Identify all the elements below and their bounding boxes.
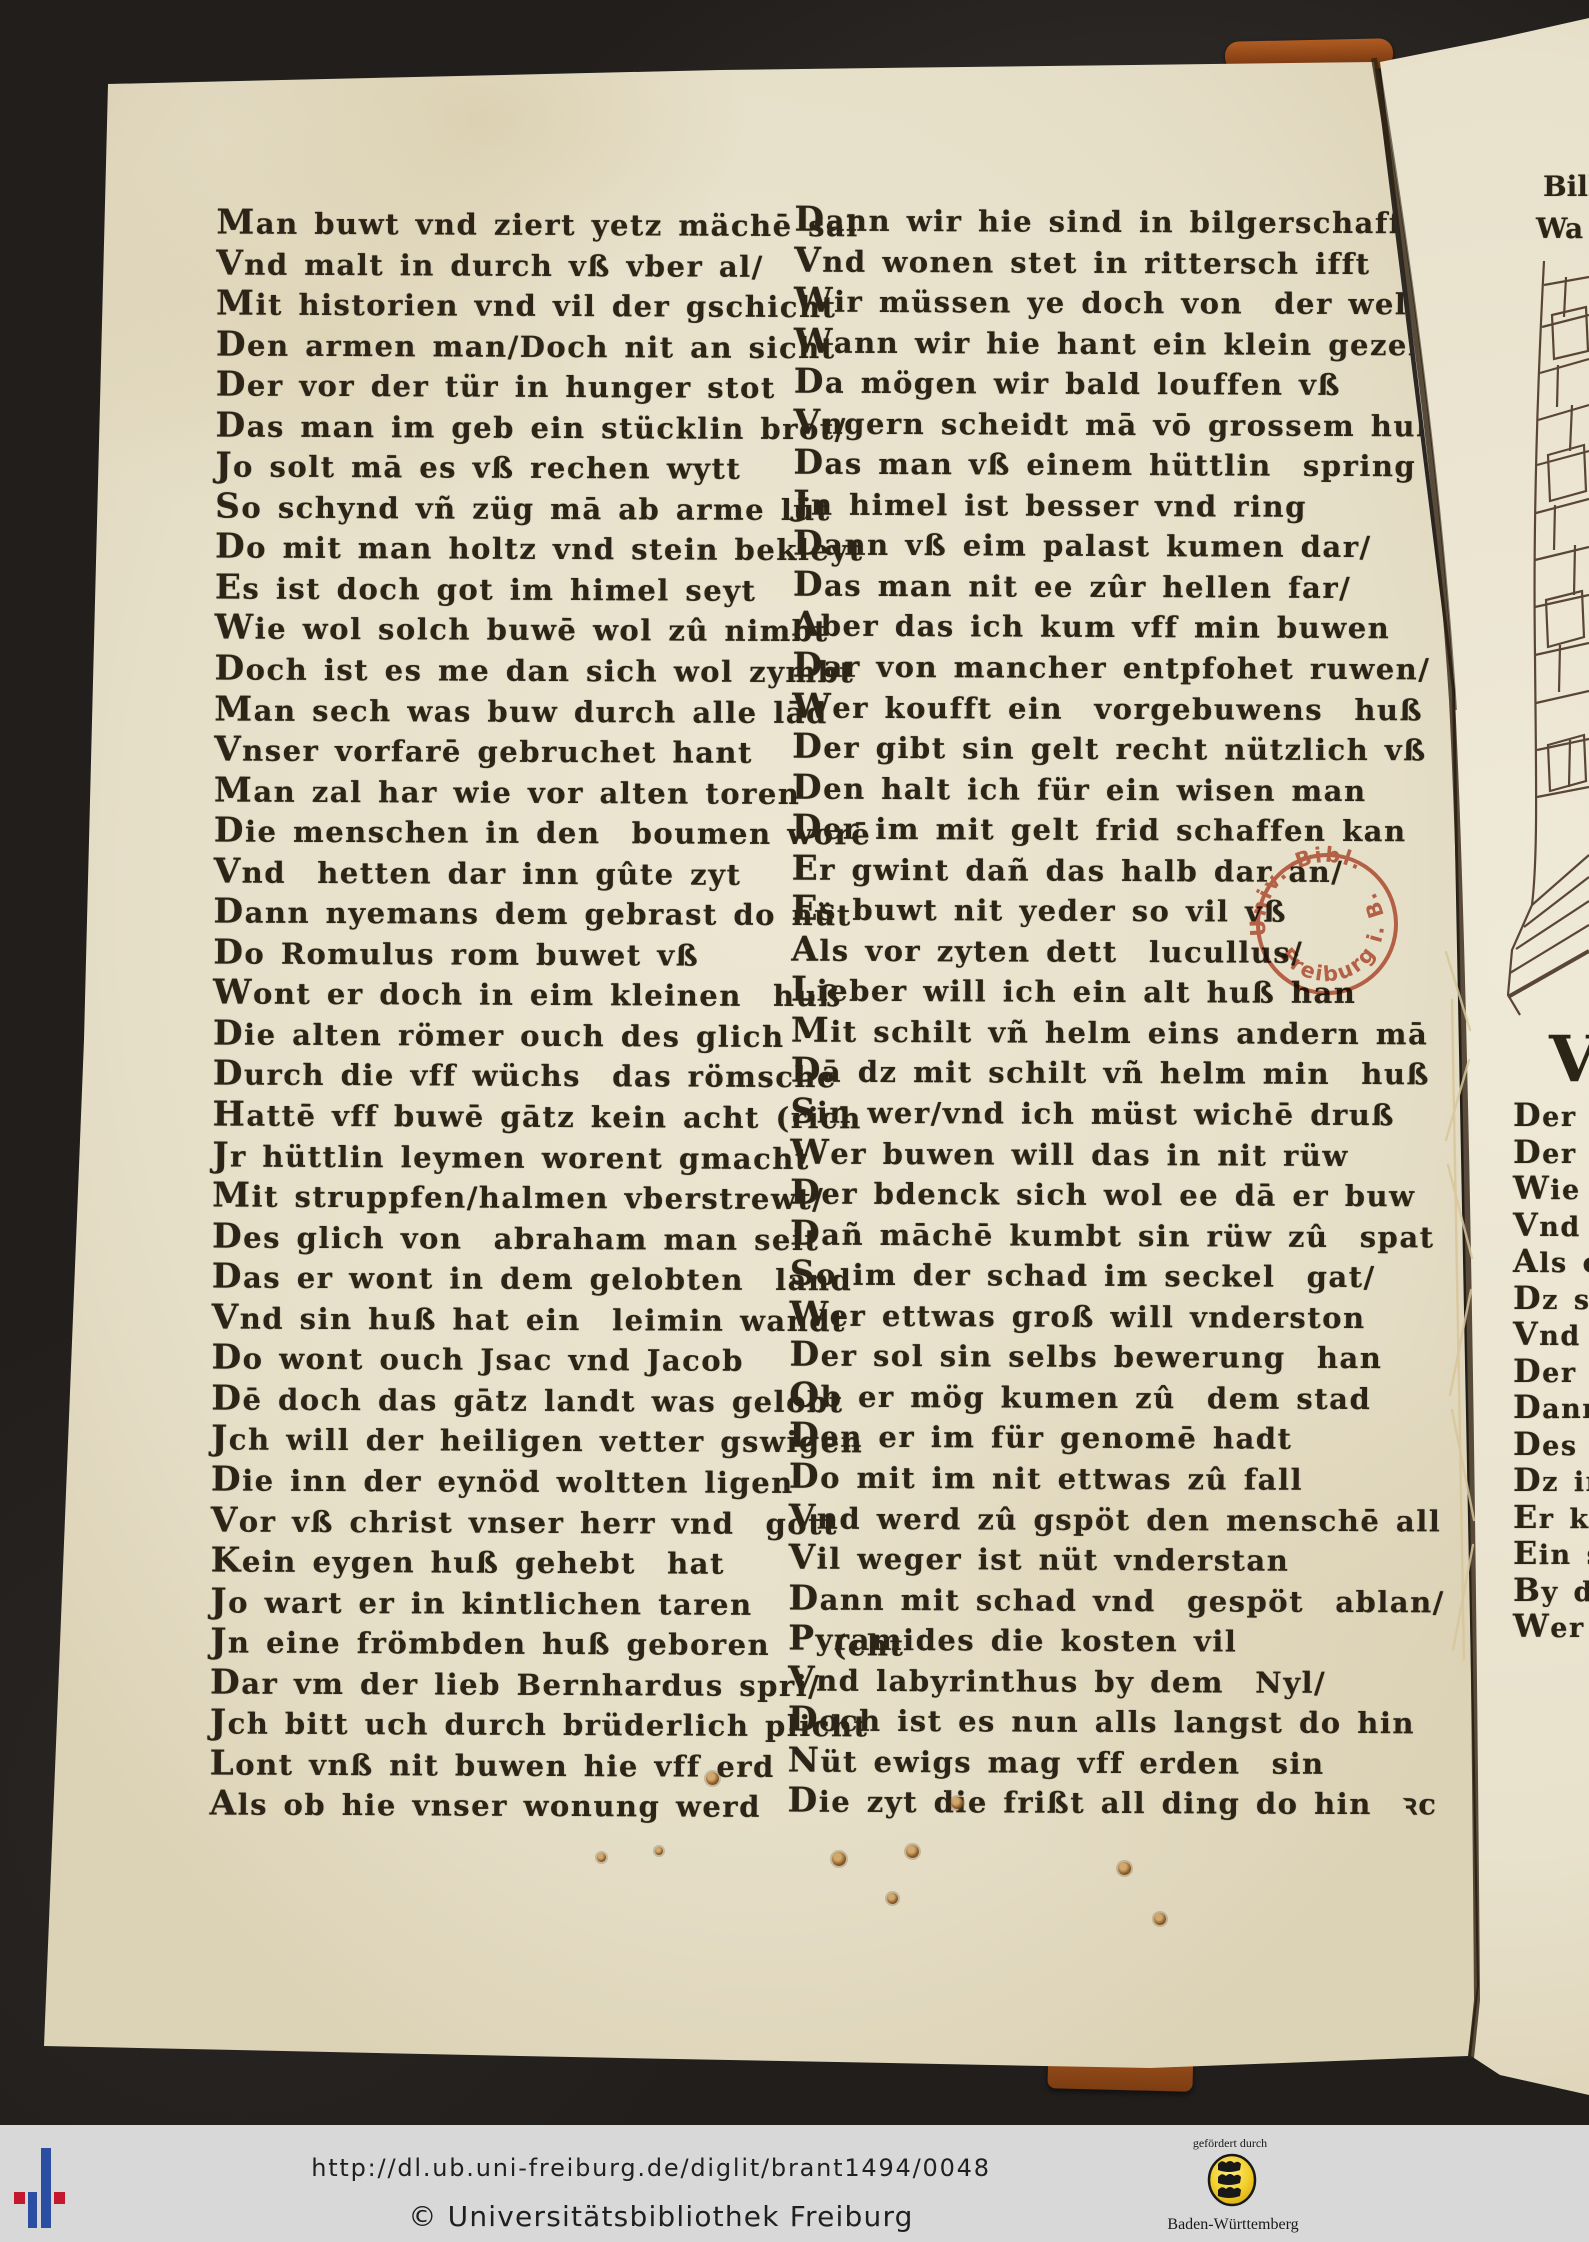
three-lions <box>1218 2161 1241 2198</box>
verse-line: Wer buwen will das in nit rüw <box>790 1132 1447 1175</box>
verse-line: Dar von mancher entpfohet ruwen/ <box>792 646 1449 689</box>
verse-fragment: Vnd w <box>1513 1207 1589 1244</box>
stamp-text-top: Univ.-Bibl. <box>1237 834 1374 948</box>
verse-fragment: Vnd er <box>1513 1316 1589 1353</box>
wormhole <box>832 1852 846 1866</box>
funder-name: Baden-Württemberg <box>1167 2216 1298 2234</box>
logo-blue-bar <box>41 2148 51 2228</box>
verse-line: Wer ettwas groß will vnderston <box>790 1294 1447 1337</box>
verse-line: Vnd wonen stet in rittersch ifft <box>794 240 1451 283</box>
verse-line: Dann vß eim palast kumen dar/ <box>793 524 1450 567</box>
verse-fragment: Dz sun <box>1513 1280 1589 1317</box>
verse-line: Da mögen wir bald louffen vß <box>794 362 1451 405</box>
verse-line: Dañ māchē kumbt sin rüw zû spat <box>790 1213 1447 1256</box>
verse-line: Der bdenck sich wol ee dā er buw <box>790 1173 1447 1216</box>
source-url: http://dl.ub.uni-freiburg.de/diglit/bran… <box>311 2154 991 2182</box>
woodcut-illustration <box>1500 255 1589 1055</box>
verse-line: Vngern scheidt mā vō grossem huß <box>793 402 1450 445</box>
wormhole <box>887 1893 898 1904</box>
verse-line: Den er im für genomē hadt <box>789 1416 1446 1459</box>
next-page-verse-fragments: Der SchDer weWie eVnd wAls obDz sunVnd e… <box>1513 1097 1589 1645</box>
verse-fragment: Dann e <box>1513 1389 1589 1426</box>
verse-line: Do mit im nit ettwas zû fall <box>789 1457 1446 1500</box>
next-page-headline-fragment: Bill <box>1543 170 1589 203</box>
logo-blue-bar <box>28 2192 37 2228</box>
verse-line: Der sol sin selbs bewerung han <box>789 1335 1446 1378</box>
next-page-headline-fragment: Wa l <box>1536 212 1589 245</box>
baden-wuerttemberg-emblem <box>1206 2152 1258 2210</box>
verse-fragment: Ein sche <box>1513 1535 1589 1572</box>
book-photograph: Bill Wa l <box>0 0 1589 2125</box>
verse-fragment: Wie e <box>1513 1170 1589 1207</box>
verse-line: Der gibt sin gelt recht nützlich vß <box>792 727 1449 770</box>
next-page-initial-letter: V <box>1549 1022 1589 1097</box>
wormhole <box>1118 1862 1131 1875</box>
verse-fragment: Der ghö <box>1513 1353 1589 1390</box>
logo-red-square <box>14 2192 25 2204</box>
wormhole <box>1154 1913 1166 1925</box>
verse-fragment: Der we <box>1513 1134 1589 1171</box>
copyright-line: © Universitätsbibliothek Freiburg <box>408 2200 913 2233</box>
funded-by-label: gefördert durch <box>1193 2136 1267 2151</box>
verse-line: Vnd labyrinthus by dem Nyl/ <box>788 1659 1445 1702</box>
verse-line: Sin wer/vnd ich müst wichē druß <box>790 1092 1447 1135</box>
verse-line: Pyramides die kosten vil <box>788 1619 1445 1662</box>
verse-line: Ob er mög kumen zû dem stad <box>789 1375 1446 1418</box>
verse-fragment: Er kurtz <box>1513 1499 1589 1536</box>
verse-line: Dā dz mit schilt vñ helm min huß <box>791 1051 1448 1094</box>
verse-fragment: Dz im w <box>1513 1462 1589 1499</box>
verse-line: Vnd werd zû gspöt den menschē all <box>789 1497 1446 1540</box>
verse-fragment: Wer sch <box>1513 1608 1589 1645</box>
wormhole <box>655 1847 663 1855</box>
verse-line: Das man vß einem hüttlin spring <box>793 443 1450 486</box>
verse-line: Vil weger ist nüt vnderstan <box>789 1538 1446 1581</box>
verse-line: Jn himel ist besser vnd ring <box>793 483 1450 526</box>
verse-line: Dann wir hie sind in bilgerschafft <box>794 200 1451 243</box>
verse-line: Die zyt die frißt all ding do hin ꝛc <box>787 1781 1444 1824</box>
wormhole <box>951 1797 963 1809</box>
ub-freiburg-logo <box>14 2148 69 2232</box>
verse-line: Mit schilt vñ helm eins andern mā <box>791 1011 1448 1054</box>
verse-fragment: Des wü <box>1513 1426 1589 1463</box>
scan-viewer: Bill Wa l <box>0 0 1589 2242</box>
verse-line: Das man nit ee zûr hellen far/ <box>793 564 1450 607</box>
verse-line: So im der schad im seckel gat/ <box>790 1254 1447 1297</box>
verse-line: Doch ist es nun alls langst do hin <box>788 1700 1445 1743</box>
library-stamp: Univ.-Bibl. Freiburg i. B. <box>1237 834 1417 1014</box>
verse-line: Den halt ich für ein wisen man <box>792 767 1449 810</box>
verse-line: Wir müssen ye doch von der welt <box>794 281 1451 324</box>
verse-line: Dann mit schad vnd gespöt ablan/ <box>788 1578 1445 1621</box>
book-page: Man buwt vnd ziert yetz mächē salVnd mal… <box>0 0 1589 2125</box>
wormhole <box>906 1845 919 1858</box>
verse-line: Nüt ewigs mag vff erden sin <box>788 1740 1445 1783</box>
verse-fragment: Der Sch <box>1513 1097 1589 1134</box>
svg-text:Univ.-Bibl.: Univ.-Bibl. <box>1237 834 1374 948</box>
verse-fragment: Als ob <box>1513 1243 1589 1280</box>
verse-line: Aber das ich kum vff min buwen <box>793 605 1450 648</box>
logo-red-square <box>54 2192 65 2204</box>
verse-line: Wer koufft ein vorgebuwens huß <box>792 686 1449 729</box>
wormhole <box>597 1853 606 1862</box>
wormhole <box>706 1772 719 1785</box>
verse-line: Wann wir hie hant ein klein gezelt <box>794 321 1451 364</box>
verse-fragment: By dem <box>1513 1572 1589 1609</box>
